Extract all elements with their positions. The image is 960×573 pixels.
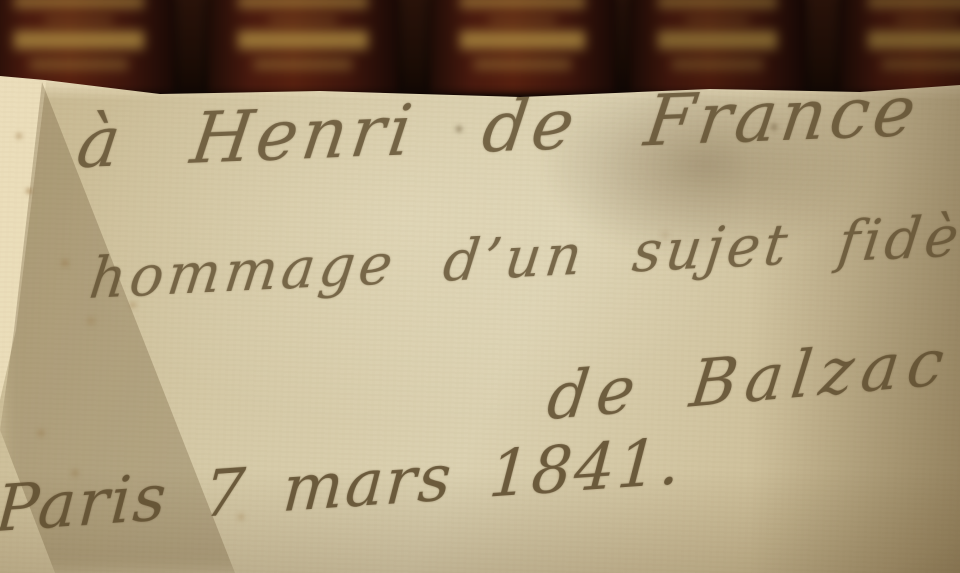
- spine-lettering: [30, 60, 129, 69]
- spine-lettering: [238, 31, 367, 49]
- book-spine: [208, 0, 398, 94]
- spine-rule: [45, 18, 113, 23]
- spine-lettering: [238, 0, 367, 8]
- spine-lettering: [672, 60, 763, 69]
- spine-rule: [896, 18, 959, 23]
- spine-lettering: [460, 31, 586, 49]
- book-spine: [840, 0, 960, 94]
- spine-lettering: [14, 31, 143, 49]
- spine-lettering: [474, 60, 570, 69]
- spine-lettering: [868, 0, 960, 8]
- spine-lettering: [254, 60, 353, 69]
- spine-rule: [686, 18, 749, 23]
- book-spine: [630, 0, 805, 94]
- spine-lettering: [882, 60, 960, 69]
- spine-lettering: [868, 31, 960, 49]
- spine-lettering: [658, 31, 777, 49]
- spine-lettering: [658, 0, 777, 8]
- spine-rule: [489, 18, 556, 23]
- photo-of-book-dedication: à Henri de France hommage d’un sujet fid…: [0, 0, 960, 573]
- book-spine: [430, 0, 615, 94]
- foxing-spots: [26, 188, 32, 194]
- spine-lettering: [460, 0, 586, 8]
- spine-rule: [269, 18, 337, 23]
- spine-lettering: [14, 0, 143, 8]
